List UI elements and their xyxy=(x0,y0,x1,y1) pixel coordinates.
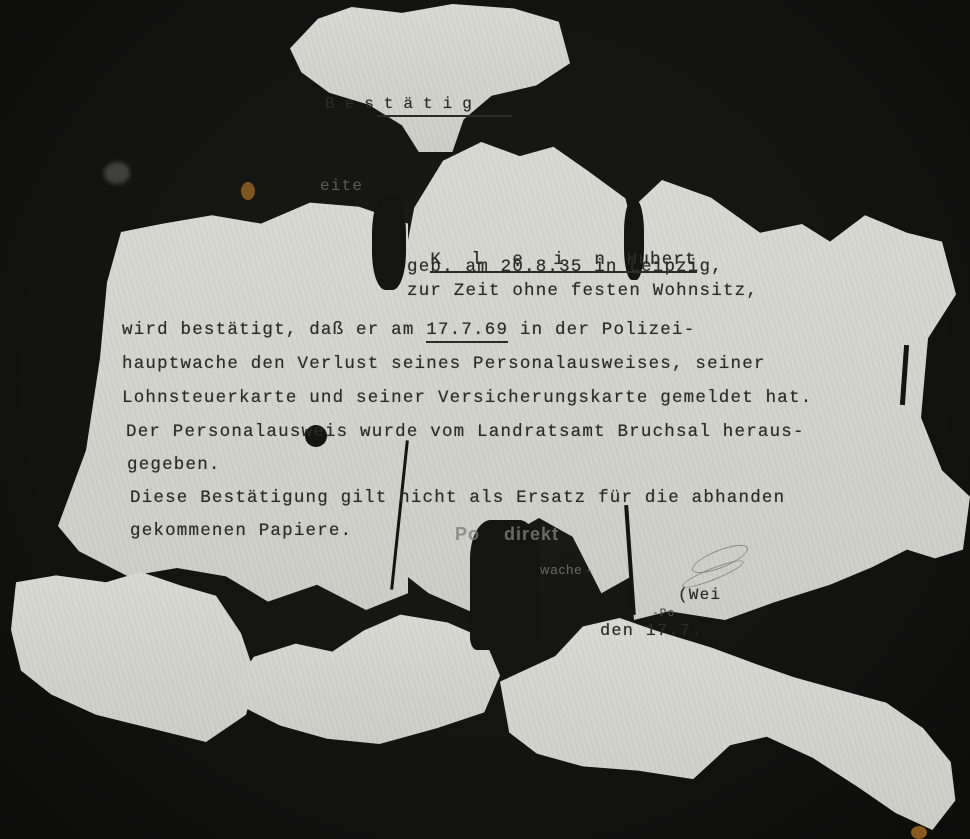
stamp-line-1: Po direkt xyxy=(455,524,559,545)
birth-line: geb. am 20.8.35 in Leipzig, xyxy=(407,259,723,277)
body-line-3: Lohnsteuerkarte und seiner Versicherungs… xyxy=(122,390,812,408)
rust-spot-2 xyxy=(911,826,927,839)
body-line-1-start: wird bestätigt, daß er am xyxy=(122,320,426,340)
body-line-4: Der Personalausweis wurde vom Landratsam… xyxy=(126,424,805,442)
heading-underline xyxy=(377,115,512,117)
stamp-small-mark: -Po xyxy=(652,609,675,620)
signature-name-fragment: (Wei xyxy=(678,587,721,603)
body-line-1: wird bestätigt, daß er am 17.7.69 in der… xyxy=(122,322,695,340)
body-line-7: gekommenen Papiere. xyxy=(130,523,352,541)
tear-vertical-left xyxy=(372,195,406,290)
body-line-5: gegeben. xyxy=(127,457,221,475)
body-line-1-end: in der Polizei- xyxy=(508,320,695,340)
report-date: 17.7.69 xyxy=(426,320,508,343)
side-fragment-text: eite xyxy=(320,178,363,194)
heading-fragment-text: Bestätig xyxy=(325,96,482,112)
place-date-line: den 17.7. xyxy=(600,623,703,640)
body-line-2: hauptwache den Verlust seines Personalau… xyxy=(122,356,766,374)
dust-spot xyxy=(104,162,130,184)
stamp-line-2: wache - xyxy=(540,562,593,577)
rust-spot-1 xyxy=(241,182,255,200)
residence-line: zur Zeit ohne festen Wohnsitz, xyxy=(407,283,758,301)
body-line-6: Diese Bestätigung gilt nicht als Ersatz … xyxy=(130,490,785,508)
